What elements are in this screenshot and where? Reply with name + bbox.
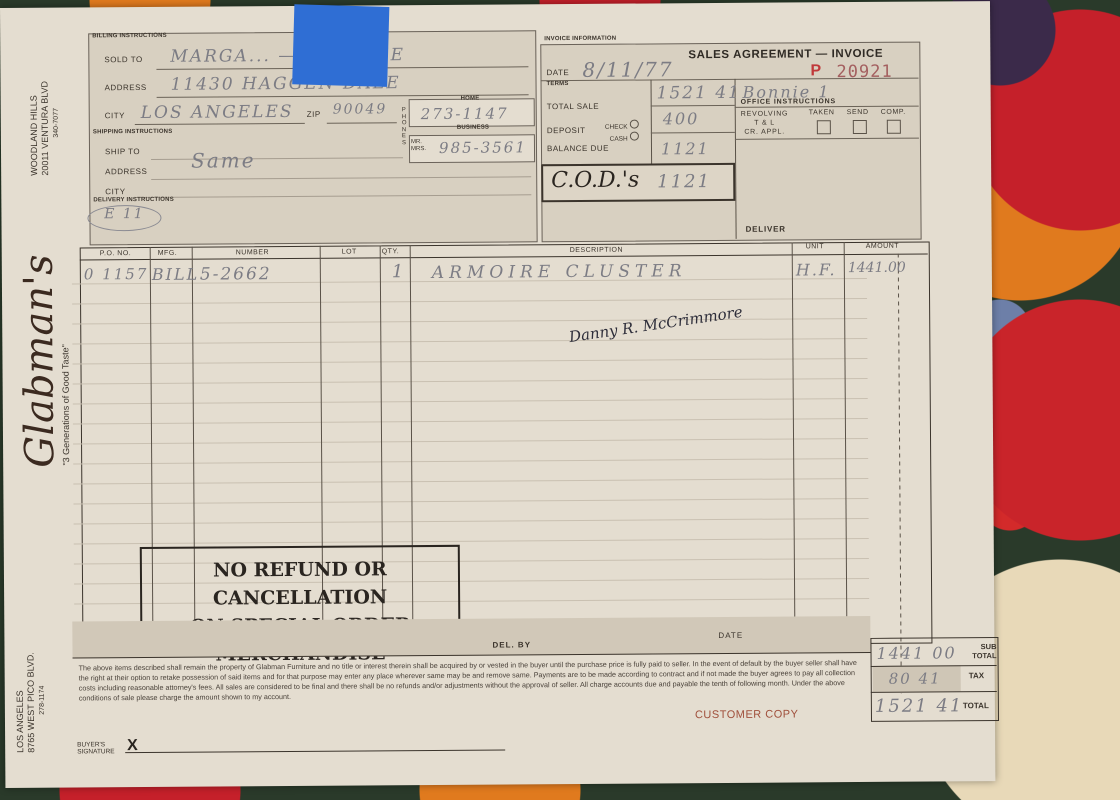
row1-unit[interactable]: H.F. [796,260,837,279]
zip-label: ZIP [307,110,321,119]
header-amount: AMOUNT [866,243,899,250]
header-unit: UNIT [806,243,824,250]
header-qty: QTY. [382,248,399,255]
send-label: SEND [847,109,869,116]
home-phone-label: HOME [461,96,480,102]
deposit-value[interactable]: 400 [663,109,700,128]
row1-number[interactable]: 5-2662 [200,264,272,285]
row1-description[interactable]: ARMOIRE CLUSTER [432,261,687,283]
row1-po-no[interactable]: 0 1157 [84,265,150,283]
comp-label: COMP. [881,109,906,116]
subtotal-label: SUB TOTAL [960,639,996,668]
ship-city-label: CITY [105,187,125,196]
branch2-city: LOS ANGELES [14,652,26,753]
subtotal-value[interactable]: 1441 00 [876,643,956,663]
ship-address-value[interactable]: Same [191,148,256,172]
branch1-address: 20011 VENTURA BLVD [40,81,52,176]
total-sale-value[interactable]: 1521 41 [657,83,741,104]
brand-logo: Glabman's [16,254,63,468]
business-phone-value[interactable]: 985-3561 [439,138,527,157]
balance-due-value[interactable]: 1121 [661,139,710,158]
home-phone-value[interactable]: 273-1147 [421,104,509,123]
taken-checkbox[interactable] [817,120,831,134]
check-radio[interactable] [629,120,638,129]
tax-value[interactable]: 80 41 [889,669,942,687]
billing-section-label: BILLING INSTRUCTIONS [92,33,167,40]
tax-label: TAX [969,671,984,680]
total-value[interactable]: 1521 41 [875,695,964,717]
phones-vertical-label: PHONES [402,107,408,146]
slogan: "3 Generations of Good Taste" [60,344,71,465]
billing-city-label: CITY [105,111,125,120]
send-checkbox[interactable] [853,120,867,134]
invoice-section-label: INVOICE INFORMATION [544,36,616,43]
buyer-signature-label: BUYER'S SIGNATURE [77,741,127,755]
header-description: DESCRIPTION [570,247,623,254]
revolving-label: REVOLVING [741,109,789,118]
del-date-label: DATE [718,631,743,640]
office-instructions-label: OFFICE INSTRUCTIONS [741,98,836,106]
delivery-section-label: DELIVERY INSTRUCTIONS [93,197,174,204]
invoice-paper: WOODLAND HILLS 20011 VENTURA BLVD 340-70… [0,1,995,788]
legal-terms: The above items described shall remain t… [79,658,867,704]
branch1-phone: 340-7077 [51,81,63,176]
no-refund-stamp: NO REFUND OR CANCELLATION ON SPECIAL ORD… [140,545,461,625]
branch2-phone: 278-1174 [36,652,48,753]
branch1-city: WOODLAND HILLS [29,81,41,176]
business-phone-label: BUSINESS [457,125,489,131]
sold-to-label: SOLD TO [104,55,142,64]
row1-qty[interactable]: 1 [392,261,406,282]
header-lot: LOT [342,249,357,256]
buyer-signature-line[interactable] [125,749,505,753]
header-po-no: P.O. NO. [100,250,132,257]
branch2-address: 8765 WEST PICO BLVD. [25,652,37,753]
terms-label: TERMS [547,81,569,87]
blue-tape [292,4,389,87]
date-value[interactable]: 8/11/77 [582,57,673,82]
ship-to-label: SHIP TO [105,147,140,156]
cash-label: CASH [610,136,628,143]
taken-label: TAKEN [809,109,835,116]
cod-value[interactable]: 1121 [657,171,711,192]
del-by-label: DEL. BY [492,640,531,649]
cr-appl-label: CR. APPL. [741,127,789,136]
mrs-label: MRS. [411,146,426,153]
billing-address-label: ADDRESS [105,83,147,92]
header-number: NUMBER [236,249,269,256]
date-label: DATE [546,68,569,77]
shipping-section-label: SHIPPING INSTRUCTIONS [93,129,173,136]
cod-label: C.O.D.'s [551,168,639,194]
row1-amount[interactable]: 1441.00 [848,260,906,276]
mr-mrs-labels: MR. MRS. [411,139,426,153]
cash-radio[interactable] [629,132,638,141]
payment-method: CHECK CASH [605,120,639,144]
deposit-label: DEPOSIT [547,126,586,135]
delivery-footer-band [72,616,870,659]
credit-type-labels: REVOLVING T & L CR. APPL. [741,109,789,136]
branch-woodland-hills: WOODLAND HILLS 20011 VENTURA BLVD 340-70… [29,81,63,176]
billing-city-value[interactable]: LOS ANGELES [141,102,294,123]
total-sale-label: TOTAL SALE [547,102,599,111]
row1-mfg[interactable]: BILL [152,265,199,284]
ship-address-label: ADDRESS [105,167,147,176]
deliver-label: DELIVER [746,225,786,234]
comp-checkbox[interactable] [887,120,901,134]
branch-los-angeles: LOS ANGELES 8765 WEST PICO BLVD. 278-117… [14,652,48,753]
total-label: TOTAL [963,701,989,710]
tl-label: T & L [741,118,789,127]
check-label: CHECK [605,124,628,131]
zip-value[interactable]: 90049 [333,101,388,117]
stamp-line1: NO REFUND OR CANCELLATION [142,555,458,613]
invoice-title: SALES AGREEMENT — INVOICE [688,48,883,61]
customer-copy-label: CUSTOMER COPY [695,708,799,721]
balance-due-label: BALANCE DUE [547,144,609,153]
header-mfg: MFG. [158,250,178,257]
